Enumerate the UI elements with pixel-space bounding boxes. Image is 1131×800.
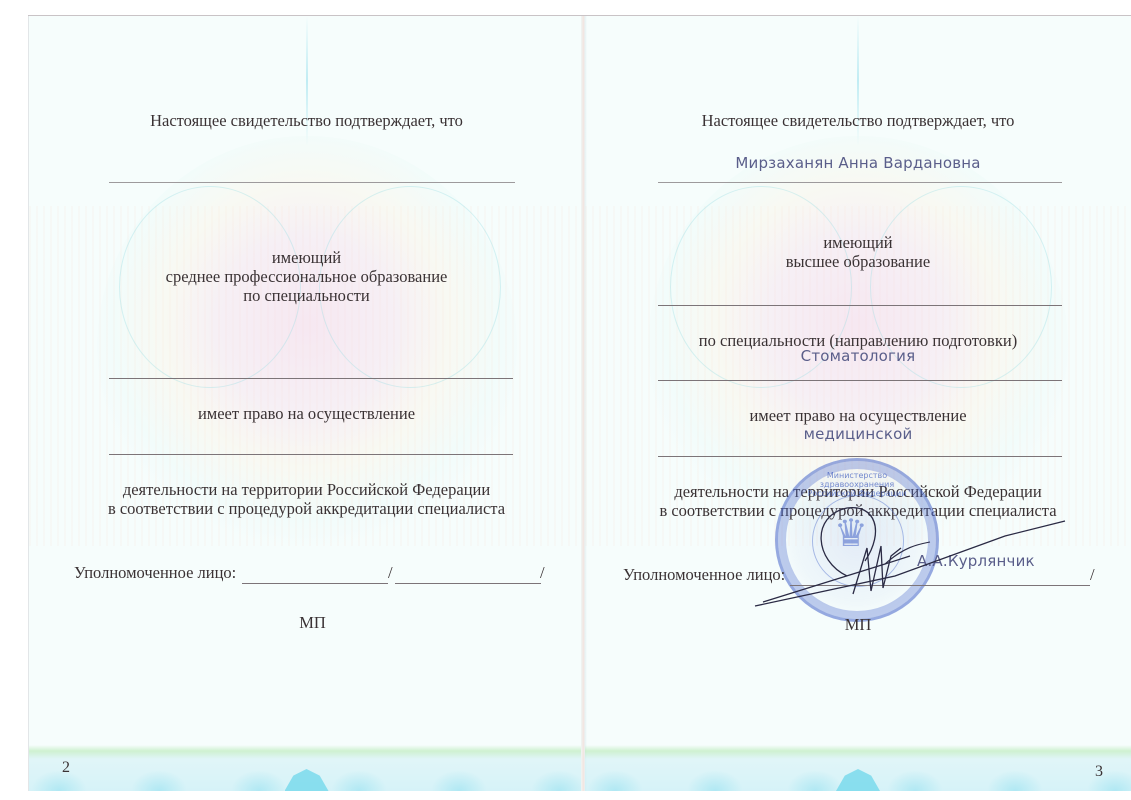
intro-text: Настоящее свидетельство подтверждает, чт… (29, 111, 584, 130)
activity-line1-text: деятельности на территории Российской Фе… (29, 480, 584, 499)
having-text: имеющий (29, 248, 584, 267)
decorative-bottom-band (29, 745, 584, 791)
signature-line (242, 583, 388, 584)
activity-line (109, 454, 513, 455)
name-line (395, 583, 541, 584)
education-level-text: среднее профессиональное образование (29, 267, 584, 286)
certificate-spread: Настоящее свидетельство подтверждает, чт… (28, 15, 1131, 791)
left-page: Настоящее свидетельство подтверждает, чт… (28, 16, 584, 791)
activity-line2-text: в соответствии с процедурой аккредитации… (29, 499, 584, 518)
separator-end: / (540, 563, 545, 583)
authorized-person-row: Уполномоченное лицо: (74, 563, 236, 583)
page-number: 3 (1095, 763, 1103, 781)
authorized-person-label: Уполномоченное лицо: (74, 563, 236, 582)
holder-name-line (109, 182, 515, 183)
specialty-line (109, 378, 513, 379)
seal-label: МП (41, 613, 584, 632)
seal-label: МП (585, 615, 1131, 634)
right-page: Настоящее свидетельство подтверждает, чт… (585, 16, 1131, 791)
decorative-star-icon (285, 769, 329, 791)
right-to-text: имеет право на осуществление (29, 404, 584, 423)
separator: / (388, 563, 393, 583)
by-specialty-text: по специальности (29, 286, 584, 305)
handwritten-signature (585, 16, 1131, 791)
page-number: 2 (62, 759, 70, 777)
